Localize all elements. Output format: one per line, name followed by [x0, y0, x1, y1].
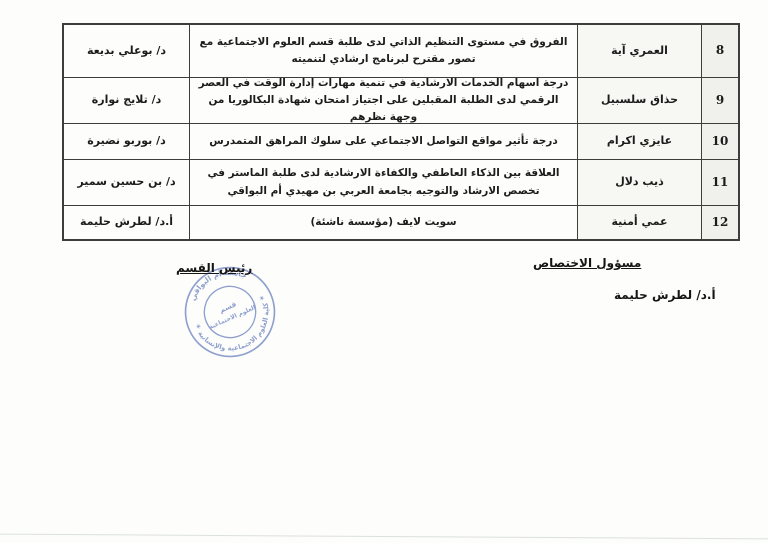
department-head-title: رئيس القسم [176, 261, 252, 275]
scanned-document-page: { "table": { "rows": [ { "num": "8", "na… [0, 0, 768, 543]
thesis-title: العلاقة بين الذكاء العاطفي والكفاءة الار… [190, 160, 578, 205]
row-number: 11 [702, 160, 738, 205]
thesis-title: سويت لايف (مؤسسة ناشئة) [190, 206, 578, 239]
student-name: العمري آية [578, 25, 702, 77]
table-row: 10 عايزي اكرام درجة تأثير مواقع التواصل … [64, 123, 738, 159]
supervisor-name: د/ بوعلي بديعة [64, 25, 190, 77]
row-number: 12 [702, 206, 738, 239]
stamp-star-right-icon: ✶ [257, 293, 266, 304]
table-row: 12 عمي أمنية سويت لايف (مؤسسة ناشئة) أ.د… [64, 205, 738, 239]
scan-edge-artifact [0, 534, 768, 540]
table-row: 11 ذيب دلال العلاقة بين الذكاء العاطفي و… [64, 159, 738, 205]
table-row: 9 حذاق سلسبيل درجة اسهام الخدمات الارشاد… [64, 77, 738, 123]
table-row: 8 العمري آية الفروق في مستوى التنظيم الذ… [64, 25, 738, 77]
supervisor-name: د/ تلايج نوارة [64, 78, 190, 123]
specialty-manager-title: مسؤول الاختصاص [533, 256, 641, 270]
row-number: 8 [702, 25, 738, 77]
student-name: ذيب دلال [578, 160, 702, 205]
student-name: عمي أمنية [578, 206, 702, 239]
thesis-title: درجة اسهام الخدمات الارشادية في تنمية مه… [190, 78, 578, 123]
specialty-manager-name: أ.د/ لطرش حليمة [614, 288, 716, 302]
supervisor-name: أ.د/ لطرش حليمة [64, 206, 190, 239]
student-name: عايزي اكرام [578, 124, 702, 159]
supervisor-name: د/ بن حسين سمير [64, 160, 190, 205]
thesis-title: درجة تأثير مواقع التواصل الاجتماعي على س… [190, 124, 578, 159]
student-name: حذاق سلسبيل [578, 78, 702, 123]
row-number: 9 [702, 78, 738, 123]
thesis-title: الفروق في مستوى التنظيم الذاتي لدى طلبة … [190, 25, 578, 77]
supervisor-name: د/ بوربو نضيرة [64, 124, 190, 159]
row-number: 10 [702, 124, 738, 159]
thesis-table: 8 العمري آية الفروق في مستوى التنظيم الذ… [62, 23, 740, 241]
